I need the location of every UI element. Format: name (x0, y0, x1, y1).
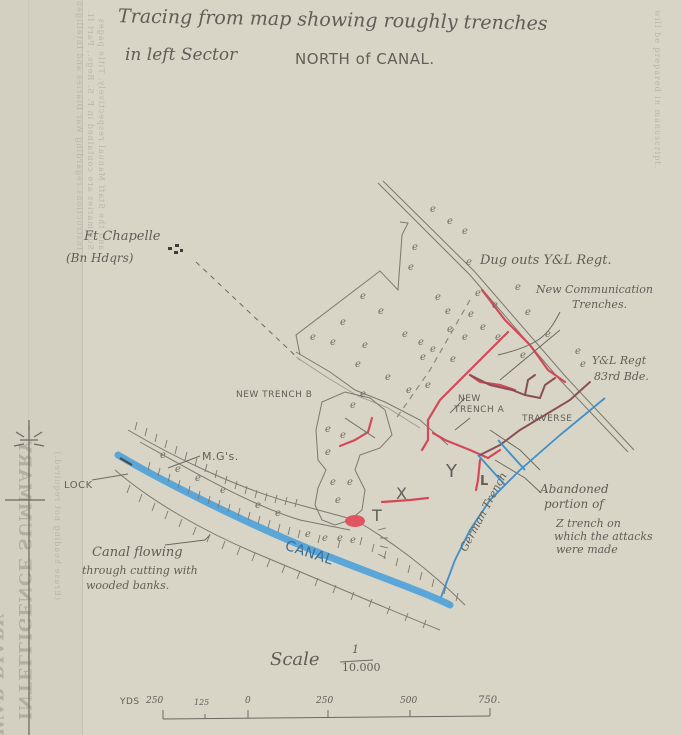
svg-text:e: e (255, 500, 261, 511)
svg-text:e: e (340, 317, 346, 328)
label-ft-chapelle: Ft Chapelle (84, 230, 160, 244)
svg-text:e: e (420, 352, 426, 363)
svg-text:e: e (445, 306, 451, 317)
label-abandoned-1: Abandoned (540, 483, 609, 496)
svg-text:e: e (275, 508, 281, 519)
map-title-line2-b: NORTH of CANAL. (295, 50, 435, 68)
svg-text:e: e (435, 292, 441, 303)
svg-text:e: e (160, 450, 166, 461)
svg-text:e: e (430, 344, 436, 355)
label-abandoned-3: Z trench on (556, 518, 621, 530)
svg-text:e: e (340, 430, 346, 441)
svg-text:e: e (475, 288, 481, 299)
svg-text:e: e (402, 329, 408, 340)
svg-text:e: e (347, 477, 353, 488)
scale-tick-125: 125 (194, 699, 209, 708)
svg-text:e: e (412, 242, 418, 253)
svg-text:e: e (515, 282, 521, 293)
scale-tick-0: 0 (245, 697, 251, 707)
label-canal-desc-1: Canal flowing (92, 546, 183, 560)
label-new-trench-b: NEW TRENCH B (236, 390, 312, 400)
svg-text:e: e (350, 400, 356, 411)
label-lock: LOCK (64, 480, 93, 491)
label-x-mark: X (396, 484, 407, 503)
scale-label: Scale (270, 650, 320, 670)
svg-text:e: e (305, 529, 311, 540)
hq-marker-icon (168, 244, 183, 254)
svg-text:e: e (418, 337, 424, 348)
svg-text:e: e (335, 495, 341, 506)
road (378, 181, 634, 452)
label-canal-desc-3: wooded banks. (86, 580, 169, 592)
label-mgs: M.G's. (202, 450, 239, 463)
svg-text:e: e (525, 307, 531, 318)
label-new-trench-a-1: NEW (458, 394, 481, 404)
svg-text:e: e (447, 216, 453, 227)
label-abandoned-5: were made (556, 544, 618, 556)
svg-text:e: e (408, 262, 414, 273)
svg-text:e: e (447, 324, 453, 335)
svg-text:e: e (545, 329, 551, 340)
svg-text:e: e (378, 306, 384, 317)
canal-banks (115, 430, 465, 630)
scale-bar (163, 660, 490, 719)
svg-text:e: e (322, 533, 328, 544)
svg-text:e: e (406, 385, 412, 396)
svg-text:e: e (330, 477, 336, 488)
bank-hachures (127, 422, 458, 628)
label-t-mark: T (372, 506, 382, 525)
svg-text:e: e (337, 533, 343, 544)
svg-text:e: e (450, 354, 456, 365)
svg-text:e: e (360, 291, 366, 302)
label-new-comm-2: Trenches. (572, 299, 627, 311)
scale-tick-250-left: 250 (146, 697, 163, 707)
north-arrow-icon (5, 420, 45, 735)
scale-tick-500: 500 (400, 697, 417, 707)
svg-text:e: e (520, 350, 526, 361)
svg-text:e: e (385, 372, 391, 383)
label-abandoned-2: portion of (544, 498, 604, 511)
label-l-mark: L (480, 474, 489, 489)
svg-text:e: e (360, 389, 366, 400)
svg-text:e: e (175, 464, 181, 475)
svg-text:e: e (468, 309, 474, 320)
svg-text:e: e (480, 322, 486, 333)
label-dugouts: Dug outs Y&L Regt. (480, 254, 612, 268)
svg-text:e: e (325, 447, 331, 458)
label-abandoned-4: which the attacks (554, 531, 653, 543)
scale-unit: YDS (120, 697, 140, 707)
svg-text:e: e (462, 332, 468, 343)
red-blob (345, 515, 365, 527)
label-bn-hdqrs: (Bn Hdqrs) (66, 252, 133, 265)
label-traverse: TRAVERSE (522, 414, 572, 424)
svg-text:e: e (492, 300, 498, 311)
svg-text:e: e (362, 340, 368, 351)
scale-numerator: 1 (352, 644, 359, 656)
svg-text:e: e (425, 380, 431, 391)
svg-text:e: e (462, 226, 468, 237)
svg-text:e: e (575, 346, 581, 357)
label-y-mark: Y (446, 461, 458, 482)
scale-tick-750: 750. (478, 695, 500, 706)
svg-text:e: e (325, 424, 331, 435)
scale-denominator: 10.000 (342, 662, 381, 674)
svg-text:e: e (195, 473, 201, 484)
label-new-comm-1: New Communication (536, 284, 653, 296)
svg-text:e: e (310, 332, 316, 343)
svg-text:e: e (430, 204, 436, 215)
svg-text:e: e (466, 257, 472, 268)
svg-text:e: e (220, 485, 226, 496)
svg-text:e: e (495, 332, 501, 343)
svg-text:e: e (350, 535, 356, 546)
trench-map-drawing: eee eee eee eee eee eee eee eee eee eee … (0, 0, 682, 735)
svg-text:e: e (355, 359, 361, 370)
label-new-trench-a-2: TRENCH A (454, 405, 504, 415)
map-title-line2-a: in left Sector (125, 46, 237, 65)
svg-text:e: e (580, 359, 586, 370)
scale-tick-250: 250 (316, 697, 333, 707)
label-canal-desc-2: through cutting with (82, 565, 198, 577)
label-83-bde: 83rd Bde. (594, 371, 649, 383)
svg-text:e: e (330, 337, 336, 348)
label-yl-regt: Y&L Regt (592, 355, 646, 367)
